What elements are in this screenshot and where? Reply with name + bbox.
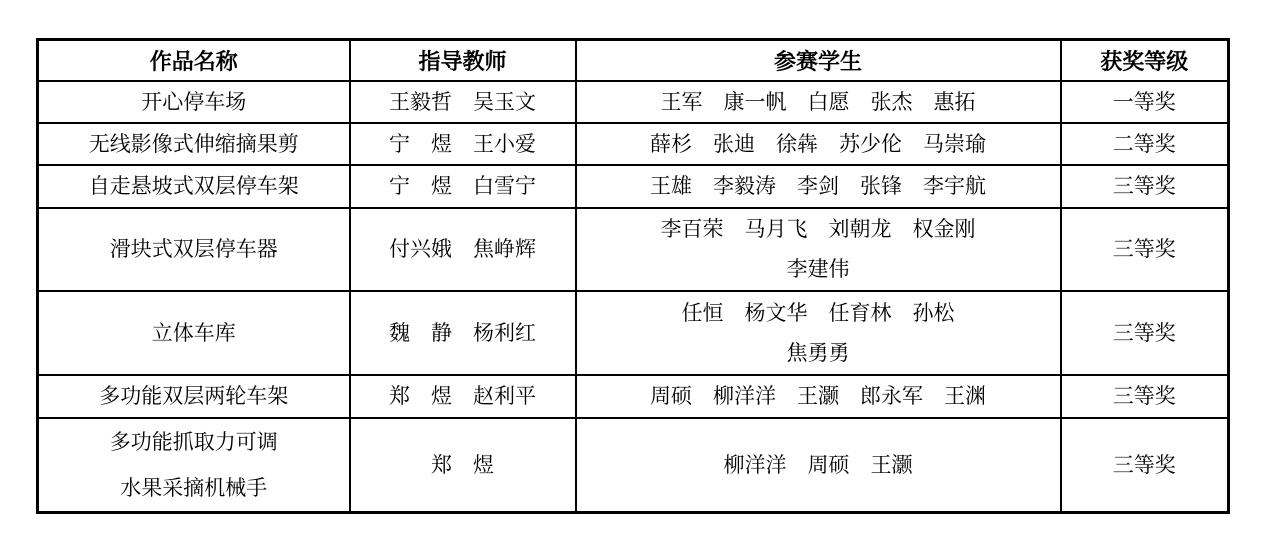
table-row: 立体车库 魏 静 杨利红 任恒 杨文华 任育林 孙松 焦勇勇 三等奖 [38, 291, 1229, 375]
work-name-line2: 水果采摘机械手 [39, 465, 349, 511]
student-names: 柳洋洋 周硕 王灏 [577, 445, 1060, 485]
student-names-line2: 焦勇勇 [577, 333, 1060, 373]
award-cell: 一等奖 [1061, 81, 1229, 123]
table-row: 开心停车场 王毅哲 吴玉文 王军 康一帆 白愿 张杰 惠拓 一等奖 [38, 81, 1229, 123]
students-cell: 王军 康一帆 白愿 张杰 惠拓 [576, 81, 1061, 123]
work-name: 开心停车场 [39, 82, 349, 122]
column-header-award: 获奖等级 [1061, 40, 1229, 81]
table-row: 自走悬坡式双层停车架 宁 煜 白雪宁 王雄 李毅涛 李剑 张锋 李宇航 三等奖 [38, 165, 1229, 208]
teacher-names: 郑 煜 赵利平 [351, 376, 575, 416]
teacher-names: 郑 煜 [351, 445, 575, 485]
teacher-names: 宁 煜 王小爱 [351, 124, 575, 164]
award-cell: 三等奖 [1061, 375, 1229, 418]
student-names: 王军 康一帆 白愿 张杰 惠拓 [577, 82, 1060, 122]
student-names: 薛杉 张迪 徐犇 苏少伦 马崇瑜 [577, 124, 1060, 164]
column-header-teachers: 指导教师 [350, 40, 576, 81]
table-row: 无线影像式伸缩摘果剪 宁 煜 王小爱 薛杉 张迪 徐犇 苏少伦 马崇瑜 二等奖 [38, 123, 1229, 165]
teachers-cell: 付兴娥 焦峥辉 [350, 208, 576, 291]
award-cell: 三等奖 [1061, 208, 1229, 291]
table-row: 多功能双层两轮车架 郑 煜 赵利平 周硕 柳洋洋 王灏 郎永军 王渊 三等奖 [38, 375, 1229, 418]
header-row: 作品名称 指导教师 参赛学生 获奖等级 [38, 40, 1229, 81]
work-name: 滑块式双层停车器 [39, 229, 349, 269]
teacher-names: 魏 静 杨利红 [351, 313, 575, 353]
work-cell: 开心停车场 [38, 81, 350, 123]
work-name: 立体车库 [39, 313, 349, 353]
teachers-cell: 宁 煜 王小爱 [350, 123, 576, 165]
students-cell: 王雄 李毅涛 李剑 张锋 李宇航 [576, 165, 1061, 208]
teachers-cell: 宁 煜 白雪宁 [350, 165, 576, 208]
work-name-line1: 多功能抓取力可调 [39, 419, 349, 465]
work-cell: 立体车库 [38, 291, 350, 375]
work-name: 自走悬坡式双层停车架 [39, 166, 349, 206]
award-level: 三等奖 [1062, 445, 1228, 485]
award-cell: 二等奖 [1061, 123, 1229, 165]
awards-table: 作品名称 指导教师 参赛学生 获奖等级 开心停车场 王毅哲 吴玉文 王军 康一帆… [36, 38, 1230, 514]
student-names: 周硕 柳洋洋 王灏 郎永军 王渊 [577, 376, 1060, 416]
student-names: 王雄 李毅涛 李剑 张锋 李宇航 [577, 166, 1060, 206]
teacher-names: 王毅哲 吴玉文 [351, 82, 575, 122]
work-cell: 滑块式双层停车器 [38, 208, 350, 291]
work-cell: 自走悬坡式双层停车架 [38, 165, 350, 208]
work-cell: 多功能抓取力可调 水果采摘机械手 [38, 418, 350, 513]
work-name: 无线影像式伸缩摘果剪 [39, 124, 349, 164]
column-header-students: 参赛学生 [576, 40, 1061, 81]
teachers-cell: 郑 煜 赵利平 [350, 375, 576, 418]
award-cell: 三等奖 [1061, 291, 1229, 375]
teacher-names: 宁 煜 白雪宁 [351, 166, 575, 206]
table-row: 滑块式双层停车器 付兴娥 焦峥辉 李百荣 马月飞 刘朝龙 权金刚 李建伟 三等奖 [38, 208, 1229, 291]
teacher-names: 付兴娥 焦峥辉 [351, 229, 575, 269]
student-names-line2: 李建伟 [577, 249, 1060, 289]
award-level: 一等奖 [1062, 82, 1228, 122]
award-cell: 三等奖 [1061, 165, 1229, 208]
students-cell: 周硕 柳洋洋 王灏 郎永军 王渊 [576, 375, 1061, 418]
award-cell: 三等奖 [1061, 418, 1229, 513]
student-names-line1: 李百荣 马月飞 刘朝龙 权金刚 [577, 209, 1060, 249]
award-level: 二等奖 [1062, 124, 1228, 164]
teachers-cell: 郑 煜 [350, 418, 576, 513]
award-level: 三等奖 [1062, 166, 1228, 206]
teachers-cell: 魏 静 杨利红 [350, 291, 576, 375]
student-names-line1: 任恒 杨文华 任育林 孙松 [577, 293, 1060, 333]
work-cell: 多功能双层两轮车架 [38, 375, 350, 418]
awards-table-container: 作品名称 指导教师 参赛学生 获奖等级 开心停车场 王毅哲 吴玉文 王军 康一帆… [36, 38, 1230, 514]
teachers-cell: 王毅哲 吴玉文 [350, 81, 576, 123]
students-cell: 任恒 杨文华 任育林 孙松 焦勇勇 [576, 291, 1061, 375]
work-name: 多功能双层两轮车架 [39, 376, 349, 416]
table-row: 多功能抓取力可调 水果采摘机械手 郑 煜 柳洋洋 周硕 王灏 三等奖 [38, 418, 1229, 513]
award-level: 三等奖 [1062, 376, 1228, 416]
award-level: 三等奖 [1062, 313, 1228, 353]
column-header-work: 作品名称 [38, 40, 350, 81]
students-cell: 柳洋洋 周硕 王灏 [576, 418, 1061, 513]
work-cell: 无线影像式伸缩摘果剪 [38, 123, 350, 165]
students-cell: 李百荣 马月飞 刘朝龙 权金刚 李建伟 [576, 208, 1061, 291]
students-cell: 薛杉 张迪 徐犇 苏少伦 马崇瑜 [576, 123, 1061, 165]
award-level: 三等奖 [1062, 229, 1228, 269]
